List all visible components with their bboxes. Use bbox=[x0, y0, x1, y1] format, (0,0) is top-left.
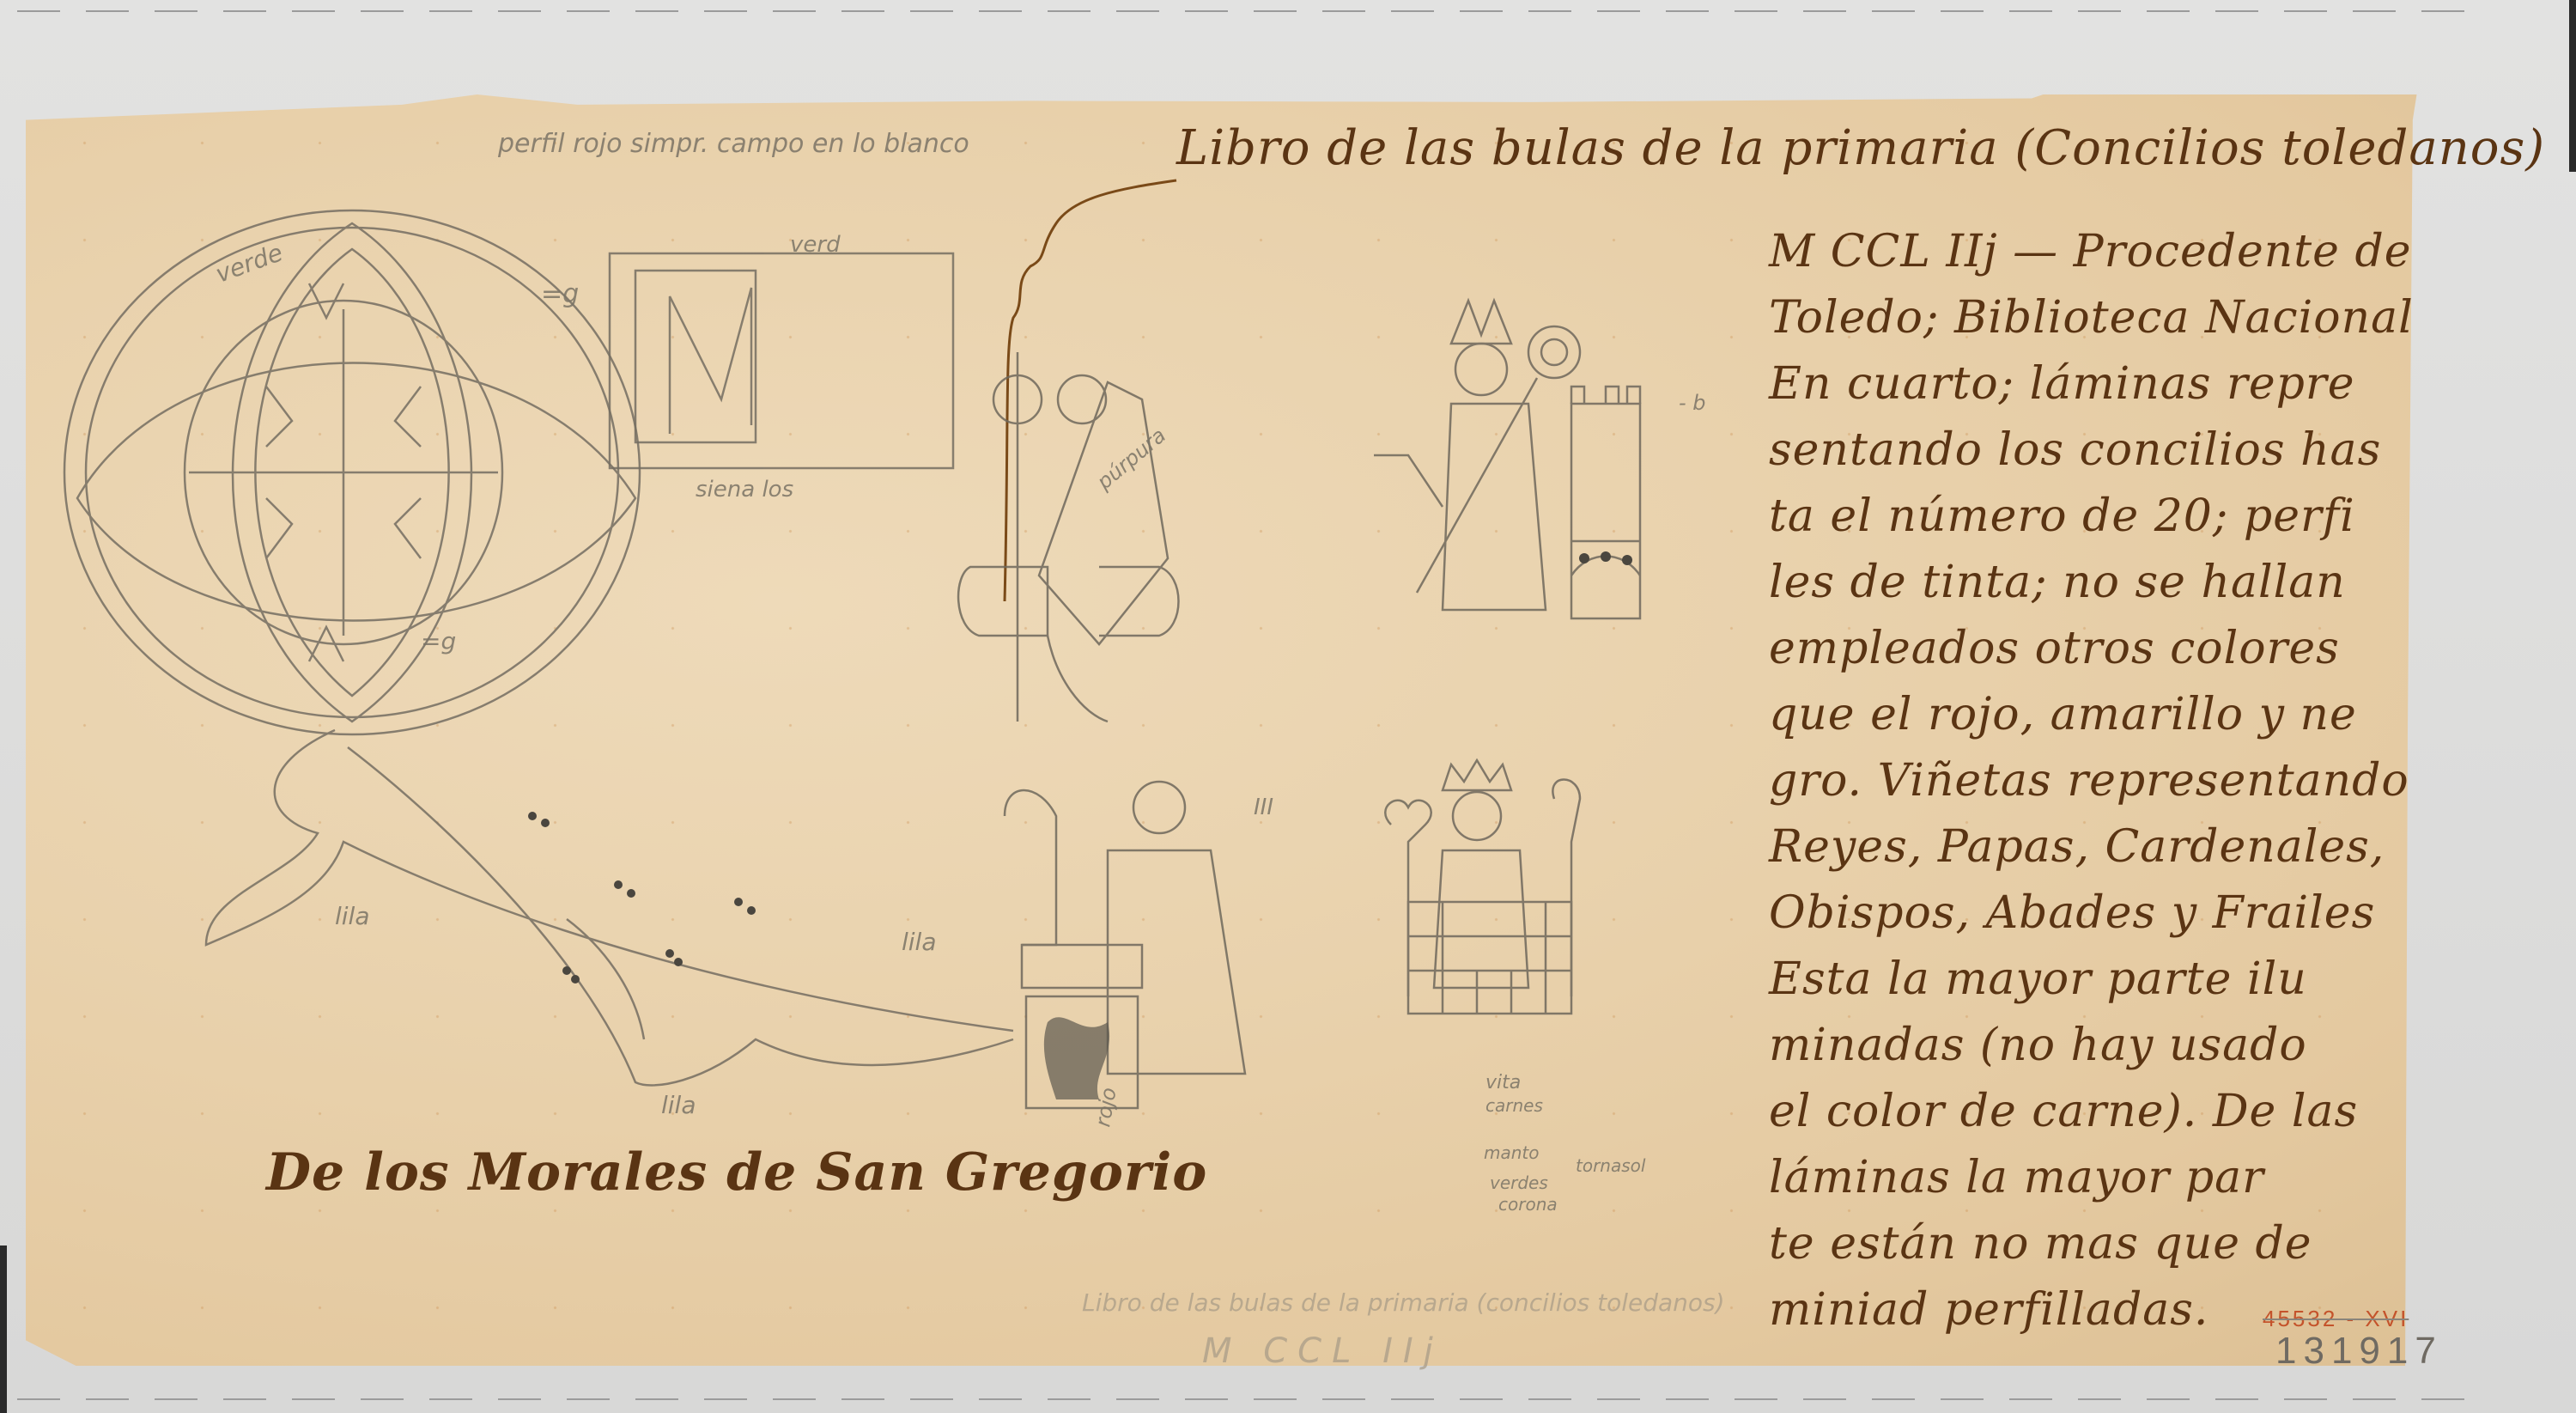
note-line: En cuarto; láminas repre bbox=[1769, 351, 2524, 417]
mount-dashed-line-top bbox=[17, 10, 2464, 12]
footer-caption: De los Morales de San Gregorio bbox=[266, 1142, 1207, 1203]
annotation-tally: III bbox=[1254, 795, 1273, 820]
note-line: sentando los concilios has bbox=[1769, 417, 2524, 484]
annotation-king-note-6: tornasol bbox=[1576, 1155, 1645, 1176]
annotation-m-box-label: verd bbox=[790, 232, 841, 258]
note-line: el color de carne). De las bbox=[1769, 1079, 2524, 1145]
note-line: te están no mas que de bbox=[1769, 1211, 2524, 1277]
annotation-bishop-marks: - b bbox=[1679, 391, 1706, 415]
faint-pencil-caption: Libro de las bulas de la primaria (conci… bbox=[1082, 1288, 1725, 1317]
king-figure-sketch bbox=[1357, 756, 1631, 1031]
annotation-g-mark-2: =g bbox=[421, 627, 456, 655]
annotation-m-box-note: siena los bbox=[696, 477, 793, 502]
note-line: que el rojo, amarillo y ne bbox=[1769, 682, 2524, 748]
note-line: láminas la mayor par bbox=[1769, 1145, 2524, 1211]
document-title: Libro de las bulas de la primaria (Conci… bbox=[1176, 120, 2545, 176]
note-line: gro. Viñetas representando bbox=[1769, 748, 2524, 814]
note-line: Obispos, Abades y Frailes bbox=[1769, 880, 2524, 947]
pencil-header-note: perfil rojo simpr. campo en lo blanco bbox=[498, 129, 969, 159]
annotation-g-mark: =g bbox=[541, 279, 579, 309]
annotation-king-note-4: verdes bbox=[1490, 1172, 1548, 1193]
note-line: empleados otros colores bbox=[1769, 616, 2524, 682]
note-line: ta el número de 20; perfi bbox=[1769, 484, 2524, 550]
note-line: minadas (no hay usado bbox=[1769, 1013, 2524, 1079]
note-line: Esta la mayor parte ilu bbox=[1769, 947, 2524, 1013]
annotation-lila-3: lila bbox=[661, 1091, 696, 1119]
left-frame-edge bbox=[0, 1246, 7, 1413]
catalog-old-number: 45532 - XVI bbox=[2263, 1306, 2409, 1332]
annotation-king-note-2: carnes bbox=[1485, 1095, 1543, 1116]
mount-dashed-line-bottom bbox=[17, 1398, 2464, 1400]
annotation-king-note-1: vita bbox=[1485, 1072, 1521, 1093]
initial-m-sketch bbox=[601, 245, 962, 485]
bishop-figure-sketch bbox=[1357, 283, 1717, 644]
annotation-king-note-3: manto bbox=[1484, 1142, 1540, 1163]
note-line: Reyes, Papas, Cardenales, bbox=[1769, 814, 2524, 880]
note-line: Toledo; Biblioteca Nacional bbox=[1769, 285, 2524, 351]
annotation-lila-1: lila bbox=[902, 928, 937, 956]
note-line: M CCL IIj — Procedente de bbox=[1769, 219, 2524, 285]
monk-figure-sketch bbox=[953, 318, 1194, 764]
right-frame-edge bbox=[2569, 0, 2576, 172]
annotation-lila-2: lila bbox=[335, 902, 370, 930]
faint-pencil-number: M CCL IIj bbox=[1202, 1331, 1443, 1371]
handwritten-notes: M CCL IIj — Procedente de Toledo; Biblio… bbox=[1769, 219, 2524, 1343]
note-line: les de tinta; no se hallan bbox=[1769, 550, 2524, 616]
catalog-number: 131917 bbox=[2275, 1330, 2443, 1373]
annotation-king-note-5: corona bbox=[1498, 1194, 1558, 1215]
